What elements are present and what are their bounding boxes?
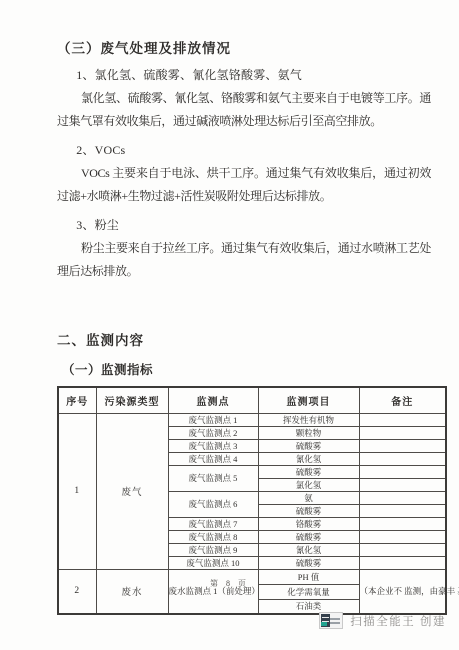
note-cell bbox=[359, 504, 446, 517]
document-content: （三）废气处理及排放情况 1、氯化氢、硫酸雾、氰化氢铬酸雾、氨气 氯化氢、硫酸雾… bbox=[57, 40, 431, 615]
monitoring-item-cell: 铬酸雾 bbox=[258, 517, 359, 530]
monitoring-point-cell: 废气监测点 1 bbox=[168, 413, 258, 426]
waste-gas-item-2-label: 2、VOCs bbox=[57, 143, 431, 157]
table-header-cell-4: 备注 bbox=[359, 387, 446, 413]
note-cell: （本企业不 监测，由豪丰 基地污水厂 bbox=[359, 569, 446, 614]
monitoring-point-cell: 废气监测点 2 bbox=[168, 426, 258, 439]
table-header-row: 序号污染源类型监测点监测项目备注 bbox=[58, 387, 446, 413]
monitoring-item-cell: 氯化氢 bbox=[258, 478, 359, 491]
monitoring-item-cell: 氰化氢 bbox=[258, 543, 359, 556]
subsection-heading-indicators: （一）监测指标 bbox=[57, 360, 431, 378]
monitoring-item-cell: 硫酸雾 bbox=[258, 465, 359, 478]
table-row: 1废气废气监测点 1挥发性有机物 bbox=[58, 413, 446, 426]
note-cell bbox=[359, 413, 446, 426]
note-cell bbox=[359, 491, 446, 504]
note-cell bbox=[359, 452, 446, 465]
serial-number-cell: 1 bbox=[58, 413, 96, 569]
document-page: （三）废气处理及排放情况 1、氯化氢、硫酸雾、氰化氢铬酸雾、氨气 氯化氢、硫酸雾… bbox=[0, 0, 459, 650]
monitoring-point-cell: 废气监测点 9 bbox=[168, 543, 258, 556]
monitoring-point-cell: 废气监测点 8 bbox=[168, 530, 258, 543]
note-cell bbox=[359, 530, 446, 543]
waste-gas-item-3-label: 3、粉尘 bbox=[57, 218, 431, 232]
monitoring-item-cell: 硫酸雾 bbox=[258, 556, 359, 569]
pollution-source-type-cell: 废气 bbox=[96, 413, 168, 569]
note-cell bbox=[359, 517, 446, 530]
note-cell bbox=[359, 556, 446, 569]
table-header-cell-1: 污染源类型 bbox=[96, 387, 168, 413]
monitoring-item-cell: 氰化氢 bbox=[258, 452, 359, 465]
table-header-cell-0: 序号 bbox=[58, 387, 96, 413]
watermark-text: 扫描全能王 创建 bbox=[350, 613, 446, 629]
monitoring-item-cell: 硫酸雾 bbox=[258, 530, 359, 543]
note-cell bbox=[359, 426, 446, 439]
serial-number-cell: 2 bbox=[58, 569, 96, 614]
monitoring-point-cell: 废气监测点 3 bbox=[168, 439, 258, 452]
note-cell bbox=[359, 439, 446, 452]
pollution-source-type-cell: 废水 bbox=[96, 569, 168, 614]
waste-gas-item-3-paragraph: 粉尘主要来自于拉丝工序。通过集气有效收集后，通过水喷淋工艺处理后达标排放。 bbox=[57, 237, 431, 282]
monitoring-point-cell: 废气监测点 10 bbox=[168, 556, 258, 569]
table-header-cell-2: 监测点 bbox=[168, 387, 258, 413]
monitoring-point-cell: 废气监测点 6 bbox=[168, 491, 258, 517]
monitoring-point-cell: 废气监测点 5 bbox=[168, 465, 258, 491]
waste-gas-item-1-paragraph: 氯化氢、硫酸雾、氰化氢、铬酸雾和氨气主要来自于电镀等工序。通过集气罩有效收集后，… bbox=[57, 87, 431, 132]
monitoring-item-cell: 硫酸雾 bbox=[258, 439, 359, 452]
camscanner-watermark: 扫描全能王 创建 bbox=[319, 612, 446, 629]
section-heading-monitoring: 二、监测内容 bbox=[57, 332, 431, 349]
monitoring-item-cell: 硫酸雾 bbox=[258, 504, 359, 517]
note-cell bbox=[359, 543, 446, 556]
section-heading-waste-gas: （三）废气处理及排放情况 bbox=[57, 40, 431, 57]
monitoring-point-cell: 废气监测点 4 bbox=[168, 452, 258, 465]
camscanner-logo-icon bbox=[319, 612, 343, 629]
table-header-cell-3: 监测项目 bbox=[258, 387, 359, 413]
note-cell bbox=[359, 478, 446, 491]
monitoring-point-cell: 废气监测点 7 bbox=[168, 517, 258, 530]
monitoring-point-cell: 废水监测点 1（前处理） bbox=[168, 569, 258, 614]
monitoring-item-cell: 颗粒物 bbox=[258, 426, 359, 439]
page-number: 第 8 页 bbox=[0, 578, 459, 589]
note-cell bbox=[359, 465, 446, 478]
waste-gas-item-1-label: 1、氯化氢、硫酸雾、氰化氢铬酸雾、氨气 bbox=[57, 68, 431, 82]
monitoring-item-cell: 氨 bbox=[258, 491, 359, 504]
waste-gas-item-2-paragraph: VOCs 主要来自于电泳、烘干工序。通过集气有效收集后，通过初效过滤+水喷淋+生… bbox=[57, 162, 431, 207]
monitoring-item-cell: 挥发性有机物 bbox=[258, 413, 359, 426]
